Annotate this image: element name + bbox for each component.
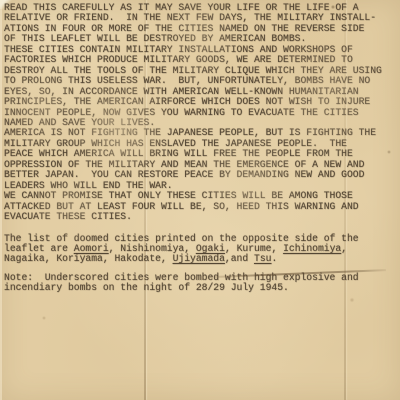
text-segment: ,and: [225, 253, 254, 264]
warning-text-paragraph: READ THIS CAREFULLY AS IT MAY SAVE YOUR …: [4, 3, 398, 223]
text-line: EVACUATE THESE CITIES.: [4, 212, 398, 222]
text-line: PRINCIPLES, THE AMERICAN AIRFORCE WHICH …: [4, 97, 398, 107]
leaflet-scan: READ THIS CAREFULLY AS IT MAY SAVE YOUR …: [0, 0, 400, 400]
text-segment: .: [271, 253, 277, 264]
city-list-paragraph: The list of doomed cities printed on the…: [4, 234, 398, 265]
text-line: Nagaika, Koriyama, Hakodate, Ujiyamada,a…: [4, 254, 398, 264]
text-segment: ,: [341, 243, 347, 254]
text-segment: Nagaika, Koriyama, Hakodate,: [4, 253, 173, 264]
text-segment: incendiary bombs on the night of 28/29 J…: [4, 282, 289, 293]
note-paragraph: Note: Underscored cities were bombed wit…: [4, 273, 398, 294]
underlined-city: Ichinomiya: [283, 243, 341, 254]
underlined-city: Ujiyamada: [173, 253, 225, 264]
underlined-city: Tsu: [254, 253, 271, 264]
leaflet-text: READ THIS CAREFULLY AS IT MAY SAVE YOUR …: [4, 3, 398, 294]
text-line: incendiary bombs on the night of 28/29 J…: [4, 283, 398, 293]
text-segment: The list of doomed cities printed on the…: [4, 233, 359, 244]
